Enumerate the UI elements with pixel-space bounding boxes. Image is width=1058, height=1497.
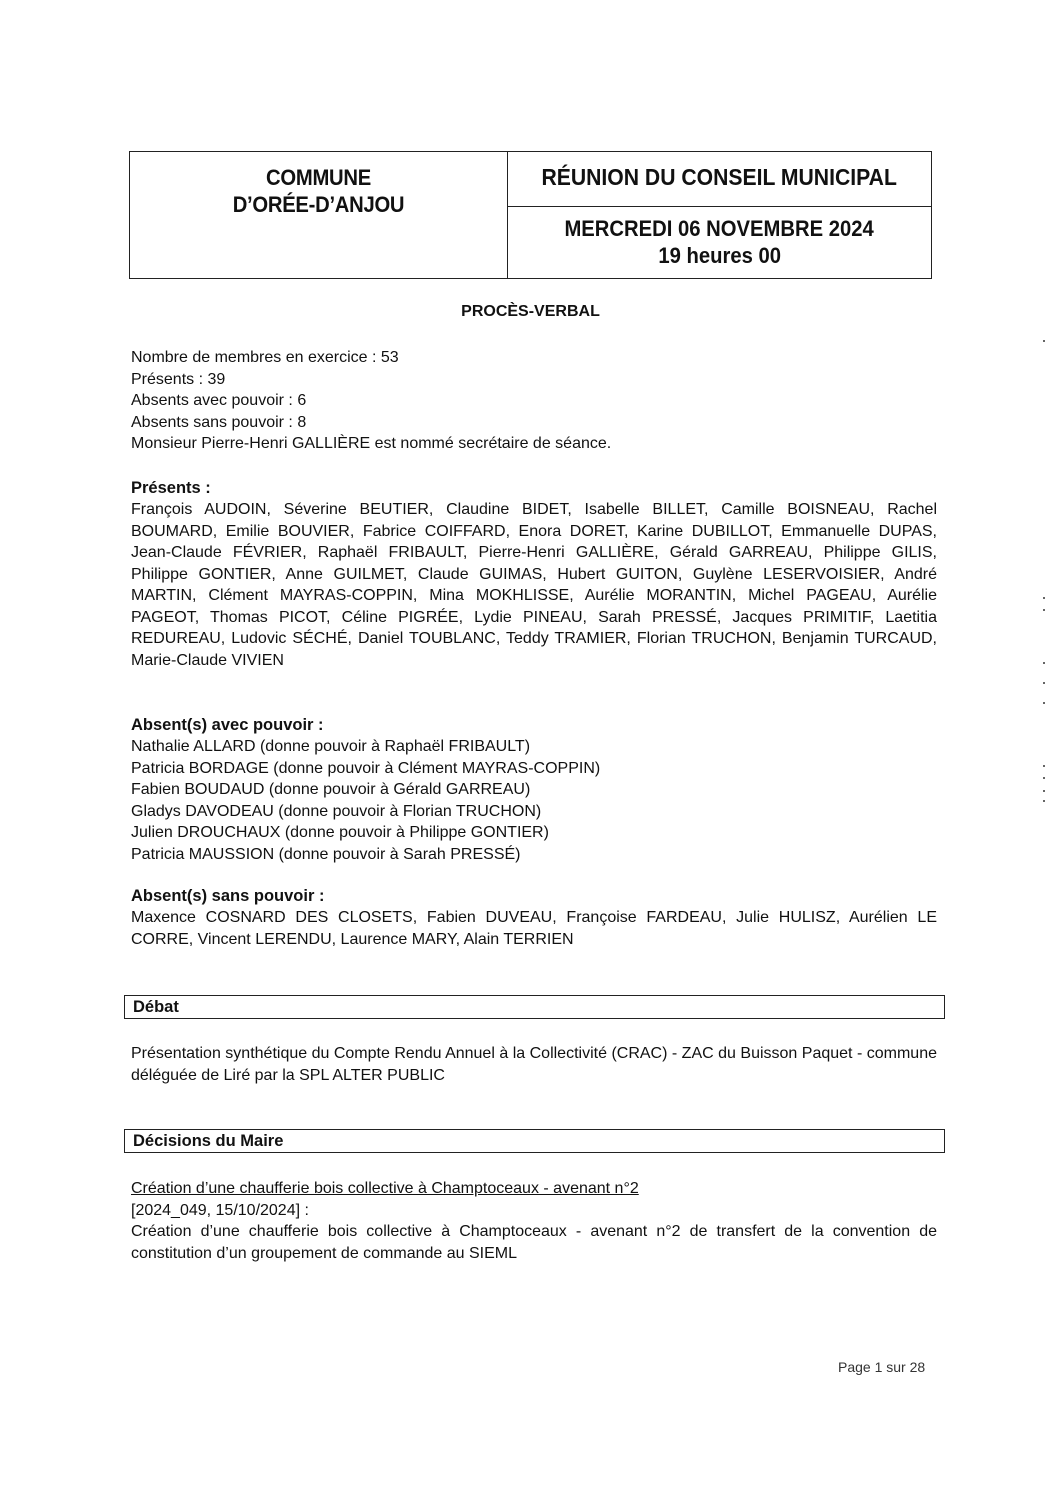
scan-speckle [1043,662,1045,664]
meeting-time: 19 heures 00 [658,242,781,269]
scan-speckle [1043,765,1045,767]
scan-speckle [1043,790,1045,792]
list-item: Fabien BOUDAUD (donne pouvoir à Gérald G… [131,779,937,801]
decision-item: Création d’une chaufferie bois collectiv… [131,1178,937,1264]
commune-label: COMMUNE [145,164,492,191]
decision-description: Création d’une chaufferie bois collectiv… [131,1221,937,1264]
list-item: Julien DROUCHAUX (donne pouvoir à Philip… [131,822,937,844]
decision-title: Création d’une chaufferie bois collectiv… [131,1178,639,1200]
presents-list: François AUDOIN, Séverine BEUTIER, Claud… [131,499,937,671]
scan-speckle [1043,682,1045,684]
absents-sans-count: Absents sans pouvoir : 8 [131,412,937,434]
list-item: Gladys DAVODEAU (donne pouvoir à Florian… [131,801,937,823]
scan-speckle [1043,597,1045,599]
debat-heading: Débat [124,995,945,1019]
list-item: Patricia BORDAGE (donne pouvoir à Clémen… [131,758,937,780]
absent-sans-heading: Absent(s) sans pouvoir : [131,886,937,907]
attendance-stats: Nombre de membres en exercice : 53 Prése… [131,347,937,455]
meeting-date: MERCREDI 06 NOVEMBRE 2024 [565,215,874,242]
debat-section: Présentation synthétique du Compte Rendu… [131,1043,937,1086]
members-count: Nombre de membres en exercice : 53 [131,347,937,369]
absent-avec-pouvoir-section: Absent(s) avec pouvoir : Nathalie ALLARD… [131,715,937,865]
scan-speckle [1043,777,1045,779]
commune-name: D’ORÉE-D’ANJOU [145,191,492,218]
presents-section: Présents : François AUDOIN, Séverine BEU… [131,478,937,671]
meeting-title: RÉUNION DU CONSEIL MUNICIPAL [542,152,897,202]
absents-avec-count: Absents avec pouvoir : 6 [131,390,937,412]
commune-block: COMMUNE D’ORÉE-D’ANJOU [130,152,508,278]
presents-count: Présents : 39 [131,369,937,391]
list-item: Nathalie ALLARD (donne pouvoir à Raphaël… [131,736,937,758]
meeting-block: RÉUNION DU CONSEIL MUNICIPAL MERCREDI 06… [508,152,931,278]
debat-text: Présentation synthétique du Compte Rendu… [131,1043,937,1086]
absent-avec-heading: Absent(s) avec pouvoir : [131,715,937,736]
header-box: COMMUNE D’ORÉE-D’ANJOU RÉUNION DU CONSEI… [129,151,932,279]
absent-sans-list: Maxence COSNARD DES CLOSETS, Fabien DUVE… [131,907,937,950]
document-title: PROCÈS-VERBAL [129,303,932,321]
decision-reference: [2024_049, 15/10/2024] : [131,1200,937,1222]
scan-speckle [1043,340,1045,342]
page-number: Page 1 sur 28 [838,1359,925,1375]
list-item: Patricia MAUSSION (donne pouvoir à Sarah… [131,844,937,866]
secretary-line: Monsieur Pierre-Henri GALLIÈRE est nommé… [131,433,937,455]
presents-heading: Présents : [131,478,937,499]
scan-speckle [1043,609,1045,611]
document-page: COMMUNE D’ORÉE-D’ANJOU RÉUNION DU CONSEI… [0,0,1058,1497]
decisions-heading: Décisions du Maire [124,1129,945,1153]
absent-sans-pouvoir-section: Absent(s) sans pouvoir : Maxence COSNARD… [131,886,937,950]
scan-speckle [1043,800,1045,802]
scan-speckle [1043,702,1045,704]
